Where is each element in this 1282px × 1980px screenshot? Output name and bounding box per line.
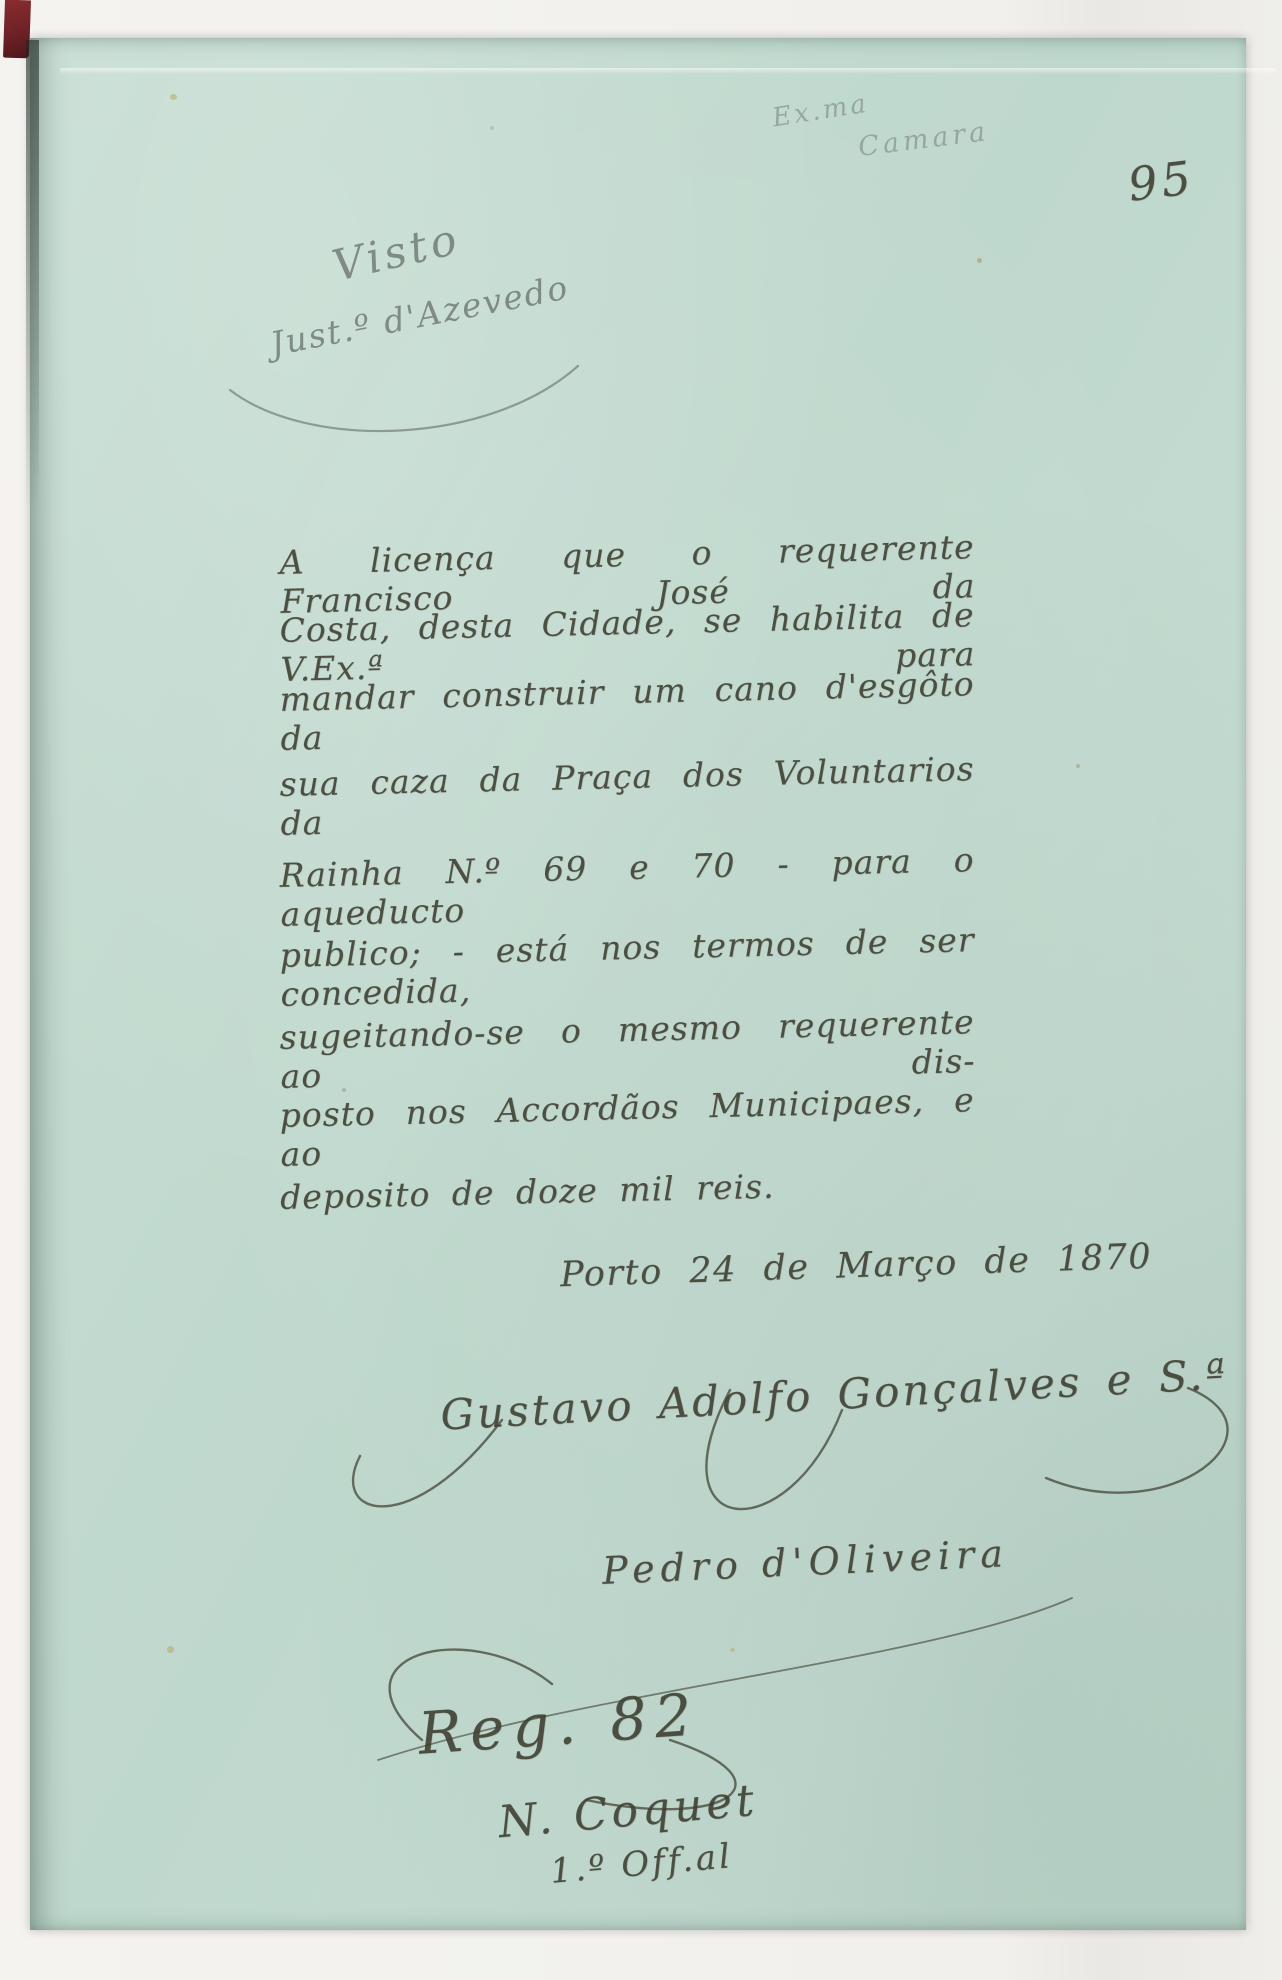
fox-spot bbox=[342, 1088, 346, 1092]
manuscript-page: Ex.ma Camara 95 Visto Just.º d'Azevedo A… bbox=[30, 38, 1246, 1930]
registry-clerk-title: 1.º Off.al bbox=[549, 1836, 735, 1892]
visto-note: Visto bbox=[328, 214, 465, 292]
page-number: 95 bbox=[1125, 150, 1198, 212]
fox-spot bbox=[167, 1646, 174, 1653]
body-line: sua caza da Praça dos Voluntarios da bbox=[279, 749, 976, 843]
registry-number: Reg. 82 bbox=[416, 1680, 702, 1767]
signature-pedro: Pedro d'Oliveira bbox=[601, 1531, 1010, 1593]
fox-spot bbox=[170, 94, 177, 100]
fox-spot bbox=[977, 258, 982, 263]
paper-crease bbox=[60, 68, 1276, 74]
fox-spot bbox=[490, 126, 494, 130]
fox-spot bbox=[730, 1648, 735, 1652]
body-line: publico; - está nos termos de ser conced… bbox=[279, 920, 976, 1014]
pencil-addressee-line1: Ex.ma bbox=[770, 89, 871, 134]
pencil-rubric-flourish bbox=[230, 366, 578, 431]
signature-gustavo: Gustavo Adolfo Gonçalves e S.ª bbox=[439, 1349, 1229, 1439]
body-line: Rainha N.º 69 e 70 - para o aqueducto bbox=[279, 840, 976, 934]
binding-edge-shadow bbox=[26, 40, 39, 510]
scan-background: Ex.ma Camara 95 Visto Just.º d'Azevedo A… bbox=[0, 0, 1282, 1980]
fox-spot bbox=[1076, 764, 1080, 768]
dateline: Porto 24 de Março de 1870 bbox=[560, 1237, 1153, 1296]
pencil-addressee-line2: Camara bbox=[857, 116, 991, 163]
body-line: posto nos Accordãos Municipaes, e ao bbox=[279, 1080, 976, 1174]
visto-signature: Just.º d'Azevedo bbox=[267, 267, 572, 363]
body-line: mandar construir um cano d'esgôto da bbox=[279, 664, 976, 758]
